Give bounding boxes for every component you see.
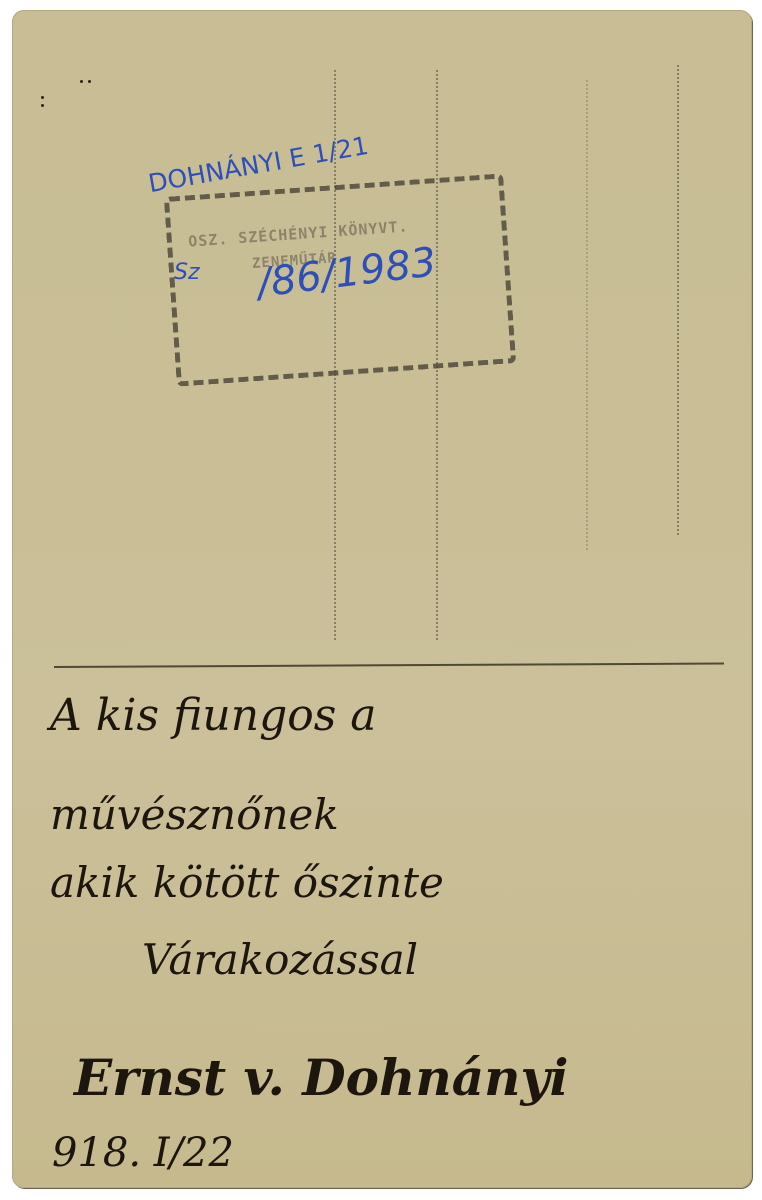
dotted-guide-line — [677, 65, 679, 535]
date-line: 918. I/22 — [52, 1130, 234, 1176]
guide-dot — [88, 80, 91, 83]
dotted-guide-line — [586, 80, 588, 550]
postcard: OSZ. SZÉCHÉNYI KÖNYVT. ZENEMŰTÁR DOHNÁNY… — [12, 10, 752, 1188]
archive-mark: Sz — [174, 260, 200, 285]
message-line-1: A kis fiungos a — [50, 690, 377, 741]
message-line-2: művésznőnek — [50, 790, 339, 839]
guide-dot — [41, 104, 44, 107]
guide-dot — [41, 96, 44, 99]
divider-line — [54, 662, 724, 668]
message-line-3: akik kötött őszinte — [50, 858, 444, 907]
guide-dot — [80, 80, 83, 83]
message-line-4: Várakozással — [142, 935, 418, 984]
signature: Ernst v. Dohnányi — [74, 1048, 569, 1107]
